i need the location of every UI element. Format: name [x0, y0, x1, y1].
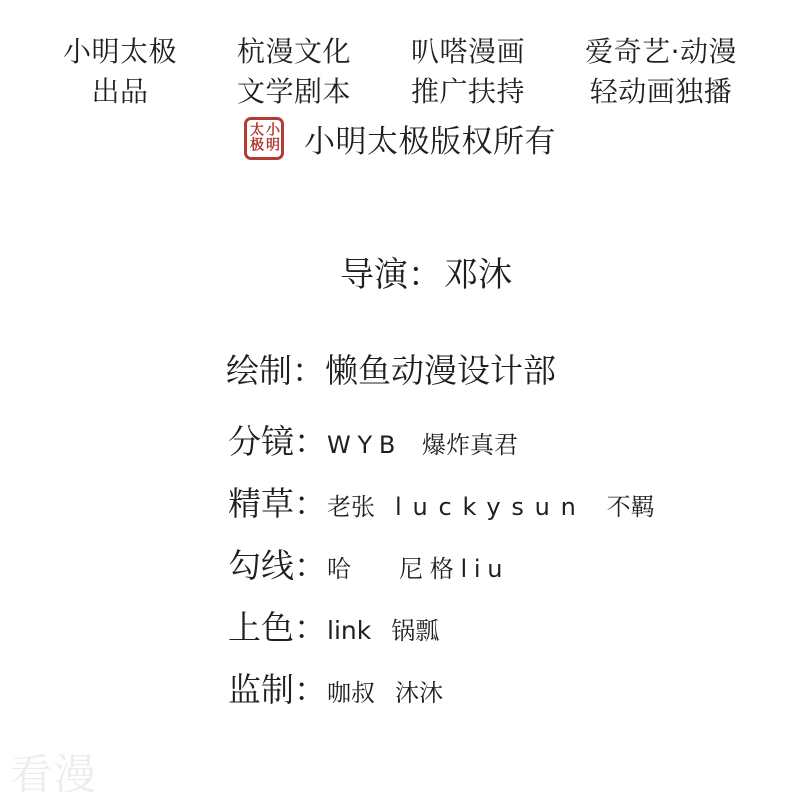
- company-seal-icon: 小明太极: [244, 117, 284, 160]
- credit-label: 上色：: [228, 602, 327, 649]
- partner-block-hangman: 杭漫文化 文学剧本: [237, 32, 351, 112]
- partner-name: 杭漫文化: [237, 32, 351, 72]
- partner-name: 小明太极: [63, 32, 177, 72]
- partner-header: 小明太极 出品 杭漫文化 文学剧本 叭嗒漫画 推广扶持 爱奇艺·动漫 轻动画独播: [0, 32, 800, 112]
- site-watermark: 看漫: [10, 742, 98, 800]
- credit-name: 锅瓢: [391, 611, 439, 646]
- partner-role: 文学剧本: [237, 72, 351, 112]
- partner-block-xiaomingtaiji: 小明太极 出品: [63, 32, 177, 112]
- credit-label: 绘制：: [226, 345, 325, 392]
- partner-block-bada: 叭嗒漫画 推广扶持: [411, 32, 525, 112]
- partner-name: 叭嗒漫画: [411, 32, 525, 72]
- credit-label: 监制：: [228, 664, 327, 711]
- credit-name: 懒鱼动漫设计部: [325, 345, 556, 392]
- partner-name: 爱奇艺·动漫: [585, 32, 737, 72]
- credit-line-coloring: 上色： link 锅瓢: [228, 602, 439, 649]
- credit-label: 勾线：: [228, 540, 327, 587]
- credit-line-director: 导演： 邓沐: [340, 247, 512, 296]
- copyright-row: 小明太极 小明太极版权所有: [0, 116, 800, 161]
- credit-name: WYB: [327, 431, 402, 459]
- credit-line-supervisor: 监制： 咖叔 沐沐: [228, 664, 443, 711]
- comic-credits-page: 小明太极 出品 杭漫文化 文学剧本 叭嗒漫画 推广扶持 爱奇艺·动漫 轻动画独播…: [0, 0, 800, 800]
- credit-name: 沐沐: [395, 673, 443, 708]
- credit-name: 不羁: [607, 487, 655, 522]
- credit-line-art: 绘制： 懒鱼动漫设计部: [226, 345, 556, 392]
- credit-name: 爆炸真君: [422, 425, 518, 460]
- partner-role: 轻动画独播: [585, 72, 737, 112]
- partner-block-iqiyi: 爱奇艺·动漫 轻动画独播: [585, 32, 737, 112]
- partner-role: 推广扶持: [411, 72, 525, 112]
- credit-label: 精草：: [228, 478, 327, 525]
- credit-line-storyboard: 分镜： WYB 爆炸真君: [228, 416, 518, 463]
- credit-name: 尼格liu: [399, 549, 509, 584]
- partner-role: 出品: [63, 72, 177, 112]
- credit-line-rough-draft: 精草： 老张 luckysun 不羁: [228, 478, 655, 525]
- credit-label: 导演：: [340, 247, 442, 296]
- credit-name: 老张: [327, 487, 375, 522]
- credit-name: luckysun: [395, 493, 587, 521]
- credit-name: 邓沐: [444, 247, 512, 296]
- credit-name: 哈: [327, 549, 351, 584]
- copyright-text: 小明太极版权所有: [304, 116, 556, 161]
- credit-name: 咖叔: [327, 673, 375, 708]
- credit-name: link: [327, 616, 371, 645]
- seal-characters: 小明太极: [248, 122, 280, 156]
- credit-line-inking: 勾线： 哈 尼格liu: [228, 540, 509, 587]
- credit-label: 分镜：: [228, 416, 327, 463]
